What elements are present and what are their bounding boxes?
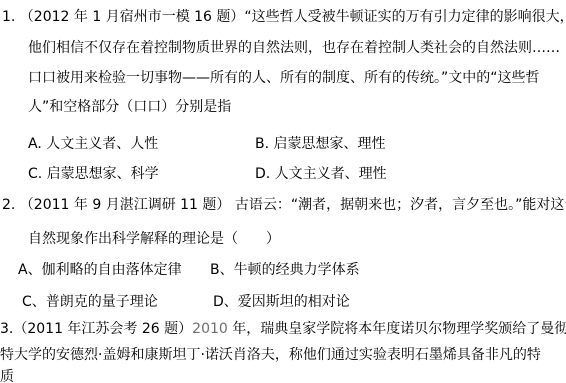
question-2-option-d: D、爱因斯坦的相对论 (213, 292, 350, 312)
question-1-stem-line-1: 1. （2012 年 1 月宿州市一模 16 题）“这些哲人受被牛顿证实的万有引… (2, 7, 566, 27)
question-2-option-b: B、牛顿的经典力学体系 (210, 260, 360, 280)
question-3-stem-line-3: 质 (0, 367, 566, 383)
question-2-option-c: C、普朗克的量子理论 (22, 292, 158, 312)
question-1-option-a: A. 人文主义者、人性 (28, 134, 158, 154)
question-3-stem-line-1-rest: 年，瑞典皇家学院将本年度诺贝尔物理学奖颁给了曼彻斯 (228, 321, 566, 337)
question-1-option-d: D. 人文主义者、理性 (255, 164, 387, 184)
question-1-stem-line-4: 人”和空格部分（口口）分别是指 (28, 97, 566, 117)
question-1-stem-line-2: 他们相信不仅存在着控制物质世界的自然法则，也存在着控制人类社会的自然法则…… (28, 38, 566, 58)
question-1-stem-line-3: 口口被用来检验一切事物——所有的人、所有的制度、所有的传统。”文中的“这些哲 (28, 68, 566, 88)
question-3-stem-line-1: 3.（2011 年江苏会考 26 题）2010 年，瑞典皇家学院将本年度诺贝尔物… (0, 319, 566, 339)
question-2-stem-line-2: 自然现象作出科学解释的理论是（ ） (28, 229, 566, 249)
question-1-option-b: B. 启蒙思想家、理性 (255, 134, 386, 154)
question-2-stem-line-1: 2. （2011 年 9 月湛江调研 11 题） 古语云：“潮者，据朝来也；汐者… (2, 195, 566, 215)
question-2-option-a: A、伽利略的自由落体定律 (18, 260, 182, 280)
exam-document-page: 1. （2012 年 1 月宿州市一模 16 题）“这些哲人受被牛顿证实的万有引… (0, 0, 566, 383)
question-3-source-label: 3.（2011 年江苏会考 26 题） (0, 321, 192, 337)
question-1-option-c: C. 启蒙思想家、科学 (28, 164, 159, 184)
question-3-stem-line-2: 特大学的安德烈·盖姆和康斯坦丁·诺沃肖洛夫，称他们通过实验表明石墨烯具备非凡的特 (0, 345, 566, 365)
question-3-year-number: 2010 (192, 321, 228, 337)
